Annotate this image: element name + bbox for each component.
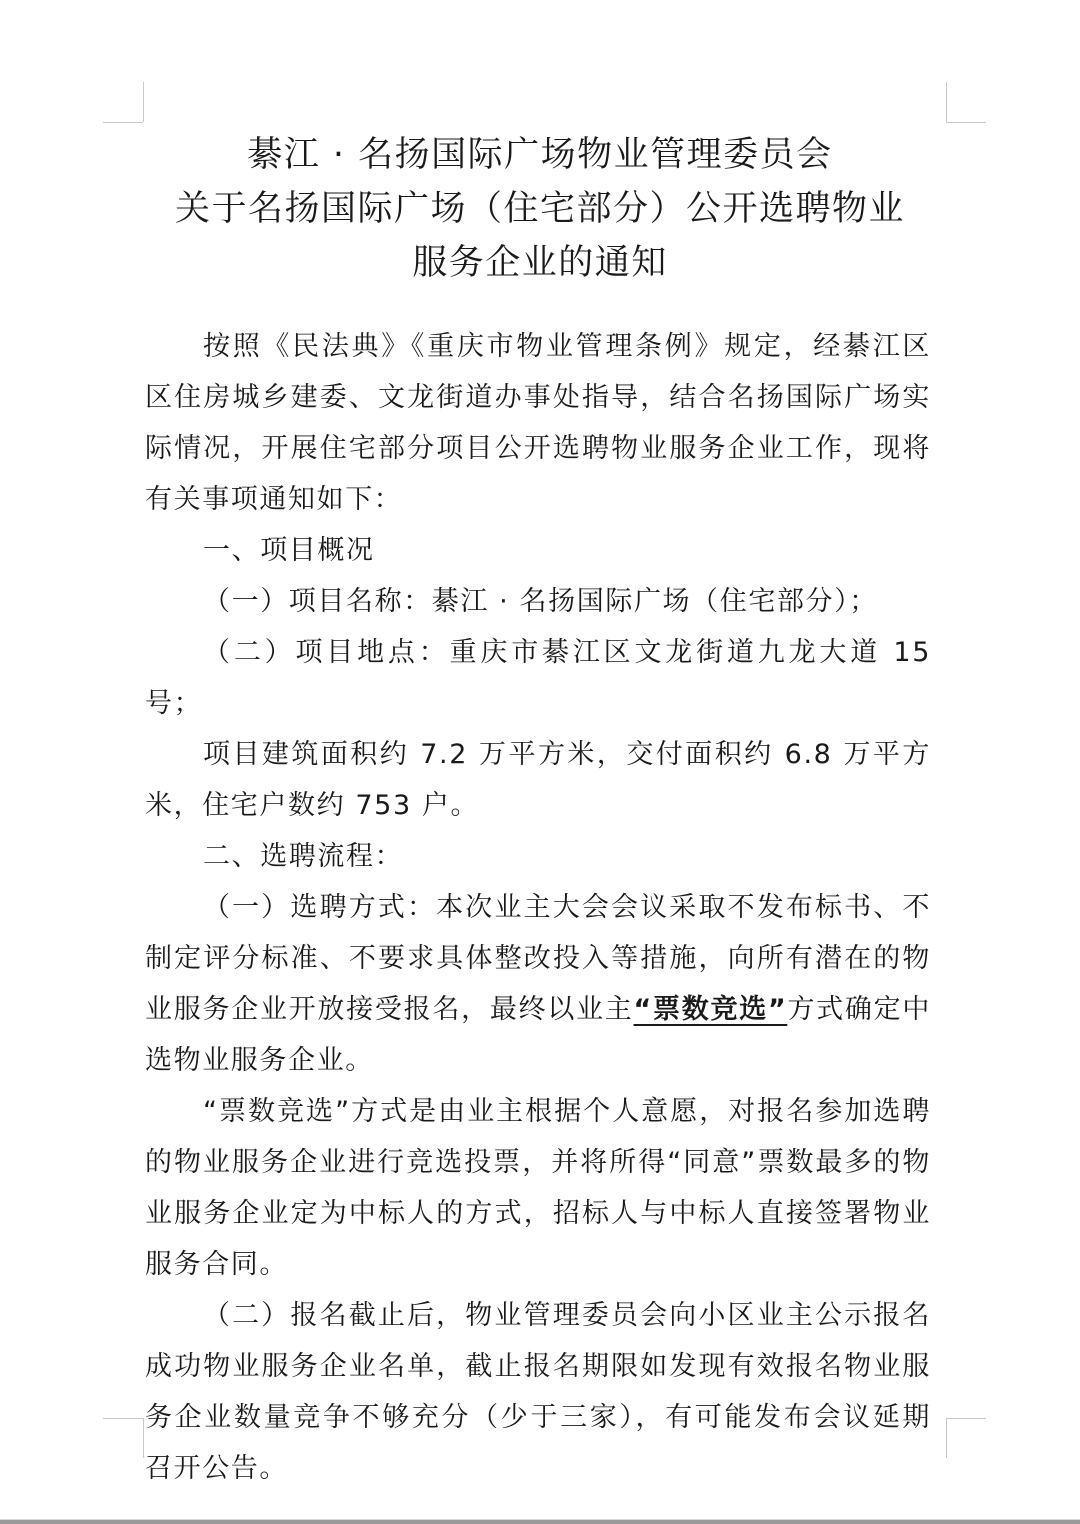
- title-line-1: 綦江 · 名扬国际广场物业管理委员会: [100, 128, 980, 182]
- document-body: 按照《民法典》《重庆市物业管理条例》规定，经綦江区区住房城乡建委、文龙街道办事处…: [145, 321, 931, 1494]
- intro-paragraph: 按照《民法典》《重庆市物业管理条例》规定，经綦江区区住房城乡建委、文龙街道办事处…: [145, 321, 931, 525]
- crop-mark-top-left-horizontal: [103, 122, 143, 123]
- crop-mark-bottom-right-vertical: [946, 1418, 947, 1458]
- project-area-paragraph: 项目建筑面积约 7.2 万平方米，交付面积约 6.8 万平方米，住宅户数约 75…: [145, 729, 931, 831]
- vote-election-emphasis: “票数竞选”: [634, 994, 788, 1025]
- title-line-3: 服务企业的通知: [100, 236, 980, 290]
- selection-method-paragraph: （一）选聘方式：本次业主大会会议采取不发布标书、不制定评分标准、不要求具体整改投…: [145, 882, 931, 1086]
- crop-mark-bottom-left-horizontal: [103, 1418, 143, 1419]
- project-name-item: （一）项目名称：綦江 · 名扬国际广场（住宅部分）；: [145, 576, 931, 627]
- registration-deadline-paragraph: （二）报名截止后，物业管理委员会向小区业主公示报名成功物业服务企业名单，截止报名…: [145, 1290, 931, 1494]
- vote-election-explanation: “票数竞选”方式是由业主根据个人意愿，对报名参加选聘的物业服务企业进行竞选投票，…: [145, 1086, 931, 1290]
- crop-mark-top-right-vertical: [946, 82, 947, 122]
- title-line-2: 关于名扬国际广场（住宅部分）公开选聘物业: [100, 182, 980, 236]
- section-2-heading: 二、选聘流程：: [145, 831, 931, 882]
- bottom-edge-bar: [0, 1519, 1080, 1524]
- crop-mark-top-left-vertical: [143, 82, 144, 122]
- document-title: 綦江 · 名扬国际广场物业管理委员会 关于名扬国际广场（住宅部分）公开选聘物业 …: [100, 128, 980, 290]
- section-1-heading: 一、项目概况: [145, 525, 931, 576]
- crop-mark-top-right-horizontal: [946, 122, 986, 123]
- crop-mark-bottom-right-horizontal: [946, 1418, 986, 1419]
- project-location-item: （二）项目地点：重庆市綦江区文龙街道九龙大道 15 号；: [145, 627, 931, 729]
- crop-mark-bottom-left-vertical: [143, 1418, 144, 1458]
